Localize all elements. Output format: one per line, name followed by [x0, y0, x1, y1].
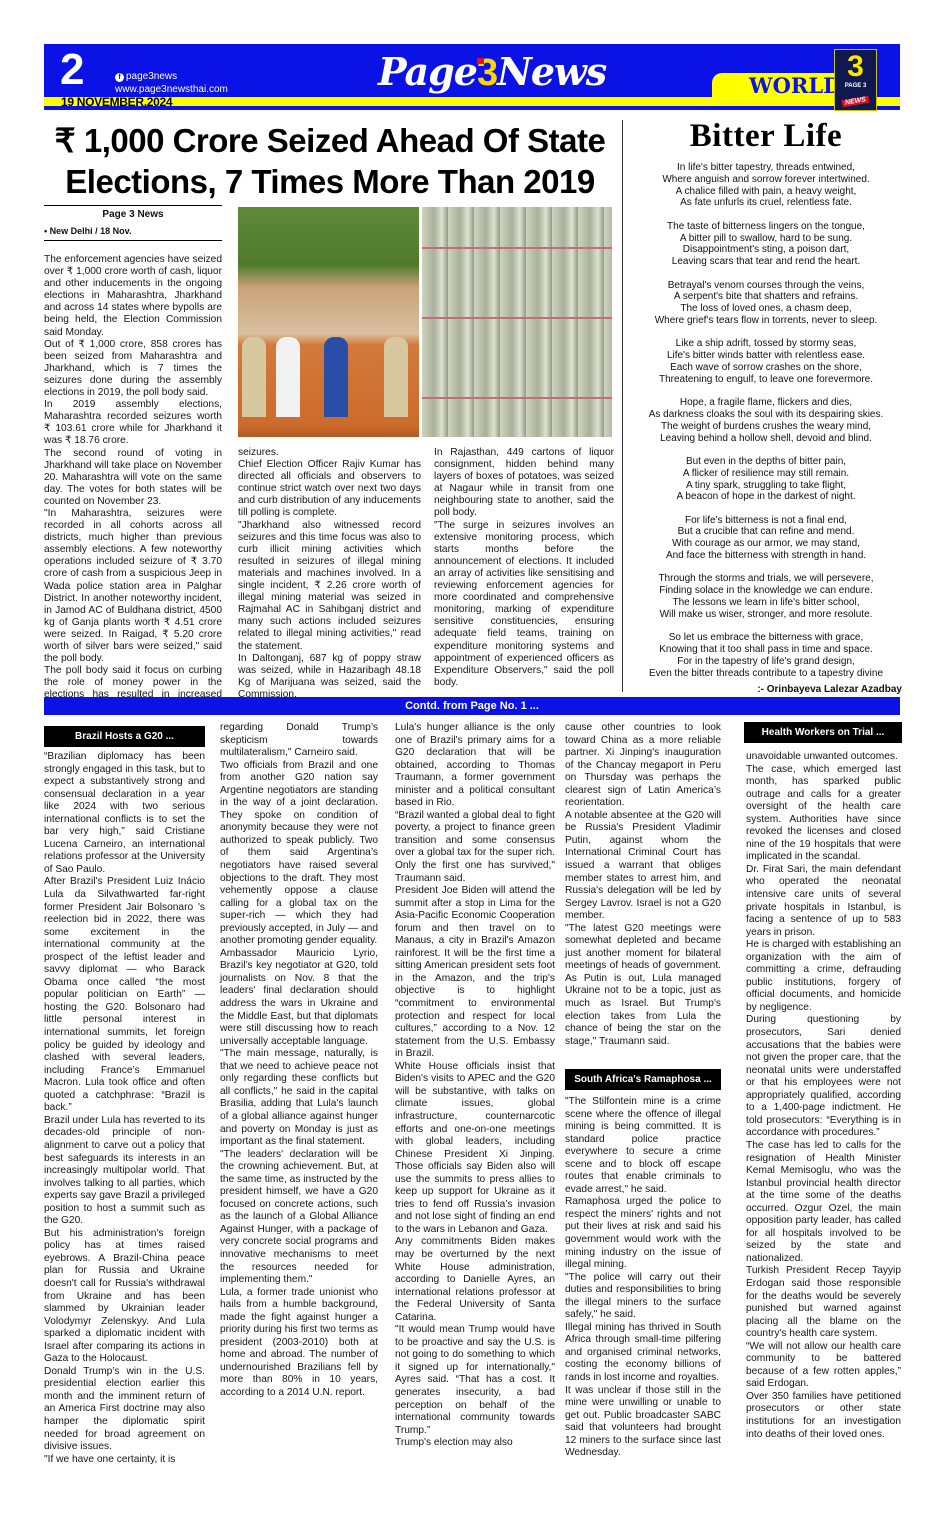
- paragraph: "If we have one certainty, it is: [44, 1454, 205, 1467]
- paragraph: The second round of voting in Jharkhand …: [44, 448, 222, 508]
- poem-line: Where grief's tears flow in torrents, ne…: [630, 315, 902, 327]
- poem-line: For life's bitterness is not a final end…: [630, 515, 902, 527]
- poem-line: Where anguish and sorrow forever intertw…: [630, 174, 902, 186]
- byline: Page 3 News • New Delhi / 18 Nov.: [44, 205, 222, 241]
- page-number: 2: [60, 48, 84, 92]
- paragraph: The case, which emerged last month, has …: [746, 764, 901, 864]
- paragraph: “Brazil wanted a global deal to fight po…: [395, 810, 555, 885]
- poem-line: Will make us wiser, stronger, and more r…: [630, 609, 902, 621]
- paragraph: The enforcement agencies have seized ove…: [44, 254, 222, 339]
- poem-stanza: Betrayal's venom courses through the vei…: [630, 280, 902, 327]
- page3-badge-logo: 3 PAGE 3 NEWS: [834, 49, 877, 111]
- poem-line: Leaving behind a hollow shell, devoid an…: [630, 433, 902, 445]
- poem-line: A serpent's bite that shatters and refra…: [630, 291, 902, 303]
- paragraph: Lula, a former trade unionist who hails …: [220, 1287, 378, 1400]
- poem-line: The lessons we learn in life's bitter sc…: [630, 597, 902, 609]
- lead-column-3: In Rajasthan, 449 cartons of liquor cons…: [434, 447, 614, 689]
- facebook-icon: f: [115, 73, 124, 82]
- poem-line: Like a ship adrift, tossed by stormy sea…: [630, 338, 902, 350]
- paragraph: "The latest G20 meetings were somewhat d…: [565, 923, 721, 1048]
- paragraph: Out of ₹ 1,000 crore, 858 crores has bee…: [44, 339, 222, 399]
- paragraph: Lula's hunger alliance is the only one o…: [395, 722, 555, 810]
- poem-stanza: The taste of bitterness lingers on the t…: [630, 221, 902, 268]
- poem-line: A bitter pill to swallow, hard to be sun…: [630, 233, 902, 245]
- poem-line: A beacon of hope in the darkest of night…: [630, 491, 902, 503]
- poem-line: The loss of loved ones, a chasm deep,: [630, 303, 902, 315]
- poem-line: As darkness cloaks the soul with its des…: [630, 409, 902, 421]
- poem-line: But a crucible that can refine and mend.: [630, 526, 902, 538]
- newspaper-logo: Page3News: [378, 50, 606, 95]
- poem-stanza: In life's bitter tapestry, threads entwi…: [630, 162, 902, 209]
- paragraph: unavoidable unwanted outcomes.: [746, 751, 901, 764]
- paragraph: "It would mean Trump would have to be pr…: [395, 1324, 555, 1437]
- paragraph: "The police will carry out their duties …: [565, 1272, 721, 1322]
- logo-text-news: News: [497, 49, 606, 94]
- paragraph: In Daltonganj, 687 kg of poppy straw was…: [238, 653, 421, 701]
- poem-stanza: Like a ship adrift, tossed by stormy sea…: [630, 338, 902, 385]
- poem-stanza: Through the storms and trials, we will p…: [630, 573, 902, 620]
- poem-line: Hope, a fragile flame, flickers and dies…: [630, 397, 902, 409]
- facebook-handle: page3news: [126, 71, 177, 82]
- poem-title: Bitter Life: [630, 118, 902, 155]
- health-workers-column: unavoidable unwanted outcomes. The case,…: [746, 751, 901, 1441]
- poem-line: And face the bitterness with strength in…: [630, 550, 902, 562]
- paragraph: Two officials from Brazil and one from a…: [220, 760, 378, 948]
- poem-line: Betrayal's venom courses through the vei…: [630, 280, 902, 292]
- paragraph: After Brazil's President Luiz Inácio Lul…: [44, 876, 205, 1114]
- paragraph: "In Maharashtra, seizures were recorded …: [44, 508, 222, 665]
- paragraph: "Jharkhand also witnessed record seizure…: [238, 520, 421, 653]
- south-africa-column: "The Stilfontein mine is a crime scene w…: [565, 1096, 721, 1460]
- paragraph: Dr. Firat Sari, the main defendant who o…: [746, 864, 901, 939]
- poem-line: Leaving scars that tear and rend the hea…: [630, 256, 902, 268]
- paragraph: Illegal mining has thrived in South Afri…: [565, 1322, 721, 1385]
- poem-line: Through the storms and trials, we will p…: [630, 573, 902, 585]
- paragraph: "The leaders' declaration will be the cr…: [220, 1149, 378, 1287]
- paragraph: “We will not allow our health care commu…: [746, 1341, 901, 1391]
- logo-text-page: Page: [378, 49, 477, 94]
- paragraph: cause other countries to look toward Chi…: [565, 722, 721, 810]
- poem-line: A flicker of resilience may still remain…: [630, 468, 902, 480]
- paragraph: "The main message, naturally, is that we…: [220, 1048, 378, 1148]
- poem-line: Each wave of sorrow crashes on the shore…: [630, 362, 902, 374]
- paragraph: "The Stilfontein mine is a crime scene w…: [565, 1096, 721, 1196]
- paragraph: It was unclear if those still in the min…: [565, 1385, 721, 1460]
- paragraph: “Brazilian diplomacy has been strongly e…: [44, 751, 205, 876]
- column-divider: [622, 120, 623, 692]
- logo-three: 3: [477, 52, 497, 94]
- continued-column-3: Lula's hunger alliance is the only one o…: [395, 722, 555, 1450]
- paragraph: seizures.: [238, 447, 421, 459]
- lead-column-1: The enforcement agencies have seized ove…: [44, 254, 222, 714]
- paragraph: White House officials insist that Biden'…: [395, 1061, 555, 1237]
- photo-seized-cash: [422, 207, 612, 437]
- poem-line: As fate unfurls its cruel, relentless fa…: [630, 197, 902, 209]
- paragraph: The case has led to calls for the resign…: [746, 1140, 901, 1265]
- paragraph: Chief Election Officer Rajiv Kumar has d…: [238, 459, 421, 519]
- paragraph: But his administration's foreign policy …: [44, 1228, 205, 1366]
- paragraph: During questioning by prosecutors, Sari …: [746, 1014, 901, 1139]
- poem-stanza: But even in the depths of bitter pain,A …: [630, 456, 902, 503]
- badge-news-text: NEWS: [842, 96, 870, 108]
- dateline: • New Delhi / 18 Nov.: [44, 224, 222, 240]
- website-link[interactable]: www.page3newsthai.com: [115, 84, 228, 95]
- continued-column-1: “Brazilian diplomacy has been strongly e…: [44, 751, 205, 1466]
- paragraph: He is charged with establishing an organ…: [746, 939, 901, 1014]
- section-label: WORLD: [749, 73, 841, 98]
- paragraph: Brazil under Lula has reverted to its de…: [44, 1115, 205, 1228]
- paragraph: Donald Trump’s win in the U.S. president…: [44, 1366, 205, 1454]
- poem-line: With courage as our armor, we may stand,: [630, 538, 902, 550]
- kicker-south-africa: South Africa's Ramaphosa ...: [565, 1069, 721, 1090]
- photo-seized-liquor: [238, 207, 419, 437]
- poem-stanza: So let us embrace the bitterness with gr…: [630, 632, 902, 679]
- poem-line: A chalice filled with pain, a heavy weig…: [630, 186, 902, 198]
- lead-photos: [238, 207, 612, 437]
- poem-line: Even the bitter threads contribute to a …: [630, 668, 902, 680]
- kicker-brazil-g20: Brazil Hosts a G20 ...: [44, 726, 205, 747]
- poem-line: The weight of burdens crushes the weary …: [630, 421, 902, 433]
- paragraph: Over 350 families have petitioned prosec…: [746, 1391, 901, 1441]
- paragraph: Ramaphosa urged the police to respect th…: [565, 1196, 721, 1271]
- issue-date: 19 NOVEMBER,2024: [61, 95, 172, 109]
- paragraph: President Joe Biden will attend the summ…: [395, 885, 555, 1061]
- paragraph: Trump's election may also: [395, 1437, 555, 1450]
- paragraph: Turkish President Recep Tayyip Erdogan s…: [746, 1265, 901, 1340]
- badge-page-text: PAGE 3: [835, 82, 876, 90]
- continued-from-bar: Contd. from Page No. 1 ...: [44, 697, 900, 715]
- poem-author: :- Orinbayeva Lalezar Azadbay: [630, 684, 902, 695]
- poem-line: But even in the depths of bitter pain,: [630, 456, 902, 468]
- poem-stanza: Hope, a fragile flame, flickers and dies…: [630, 397, 902, 444]
- poem-line: So let us embrace the bitterness with gr…: [630, 632, 902, 644]
- poem-line: Knowing that it too shall pass in time a…: [630, 644, 902, 656]
- poem-line: The taste of bitterness lingers on the t…: [630, 221, 902, 233]
- paragraph: Any commitments Biden makes may be overt…: [395, 1236, 555, 1324]
- poem-line: In life's bitter tapestry, threads entwi…: [630, 162, 902, 174]
- poem-body: In life's bitter tapestry, threads entwi…: [630, 162, 902, 691]
- paragraph: In 2019 assembly elections, Maharashtra …: [44, 399, 222, 447]
- poem-line: A tiny spark, struggling to take flight,: [630, 480, 902, 492]
- paragraph: regarding Donald Trump’s skepticism towa…: [220, 722, 378, 760]
- facebook-link[interactable]: fpage3news: [115, 71, 177, 82]
- poem-stanza: For life's bitterness is not a final end…: [630, 515, 902, 562]
- paragraph: Ambassador Mauricio Lyrio, Brazil’s key …: [220, 948, 378, 1048]
- poem-line: Disappointment's sting, a poison dart,: [630, 244, 902, 256]
- lead-headline: ₹ 1,000 Crore Seized Ahead Of State Elec…: [44, 120, 616, 202]
- poem-line: Threatening to engulf, to leave one fore…: [630, 374, 902, 386]
- paragraph: "The surge in seizures involves an exten…: [434, 520, 614, 689]
- byline-source: Page 3 News: [44, 206, 222, 224]
- poem-line: Life's bitter winds batter with relentle…: [630, 350, 902, 362]
- continued-column-2: regarding Donald Trump’s skepticism towa…: [220, 722, 378, 1400]
- poem-line: Finding solace in the knowledge we can e…: [630, 585, 902, 597]
- paragraph: A notable absentee at the G20 will be Ru…: [565, 810, 721, 923]
- continued-column-4: cause other countries to look toward Chi…: [565, 722, 721, 1048]
- poem-line: For in the tapestry of life's grand desi…: [630, 656, 902, 668]
- badge-number: 3: [835, 52, 876, 82]
- lead-column-2: seizures. Chief Election Officer Rajiv K…: [238, 447, 421, 701]
- kicker-health-workers: Health Workers on Trial ...: [744, 722, 902, 743]
- paragraph: In Rajasthan, 449 cartons of liquor cons…: [434, 447, 614, 520]
